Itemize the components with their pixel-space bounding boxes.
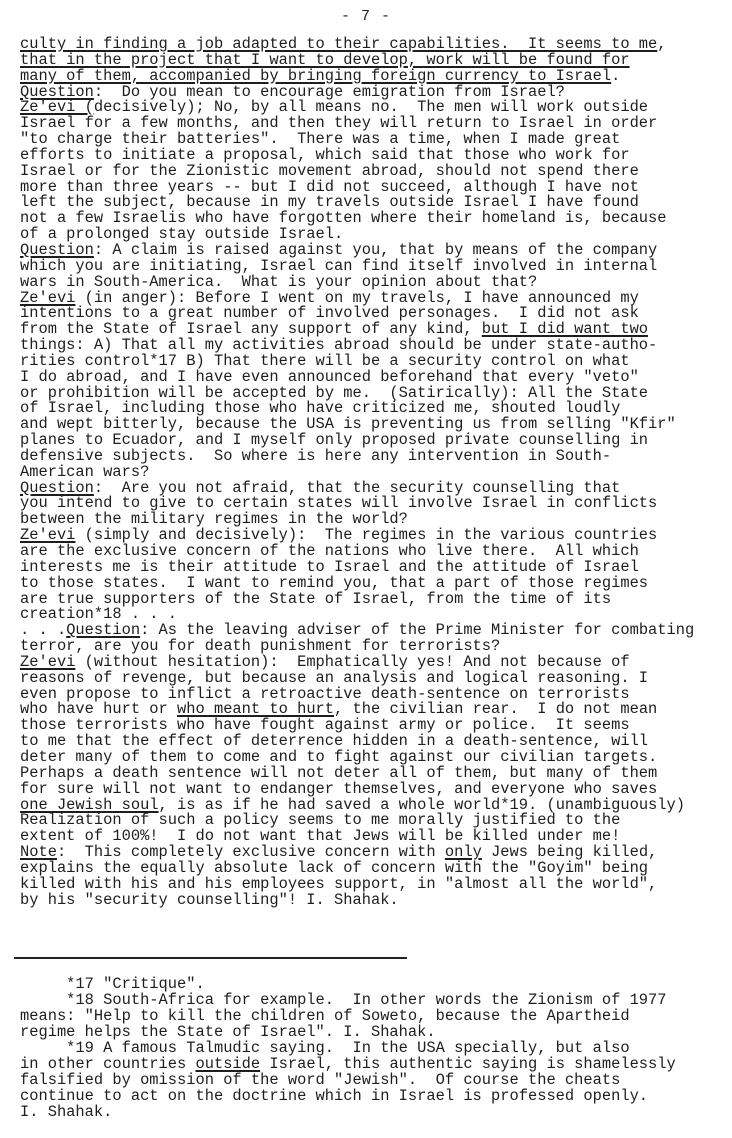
text-line: by his "security counselling"! I. Shahak… <box>20 893 732 909</box>
footnote-line: *19 A famous Talmudic saying. In the USA… <box>20 1040 732 1056</box>
footnote-separator-rule <box>14 957 407 959</box>
footnote-line: means: "Help to kill the children of Sow… <box>20 1008 732 1024</box>
footnote-line: falsified by omission of the word "Jewis… <box>20 1072 732 1088</box>
footnote-line: I. Shahak. <box>20 1104 732 1120</box>
footnote-line: *17 "Critique". <box>20 976 732 992</box>
footnote-line: in other countries outside Israel, this … <box>20 1056 732 1072</box>
text-segment: , <box>657 35 666 53</box>
text-segment: I. Shahak. <box>20 1103 112 1121</box>
interview-body-text: culty in finding a job adapted to their … <box>20 37 732 908</box>
text-segment: continue to act on the doctrine which in… <box>20 1087 648 1105</box>
page-number: - 7 - <box>0 8 732 25</box>
footnote-line: *18 South-Africa for example. In other w… <box>20 992 732 1008</box>
text-segment: by his "security counselling"! I. Shahak… <box>20 891 399 909</box>
footnote-line: regime helps the State of Israel". I. Sh… <box>20 1024 732 1040</box>
footnote-line: continue to act on the doctrine which in… <box>20 1088 732 1104</box>
text-segment: . <box>611 67 620 85</box>
footnotes: *17 "Critique". *18 South-Africa for exa… <box>20 976 732 1120</box>
